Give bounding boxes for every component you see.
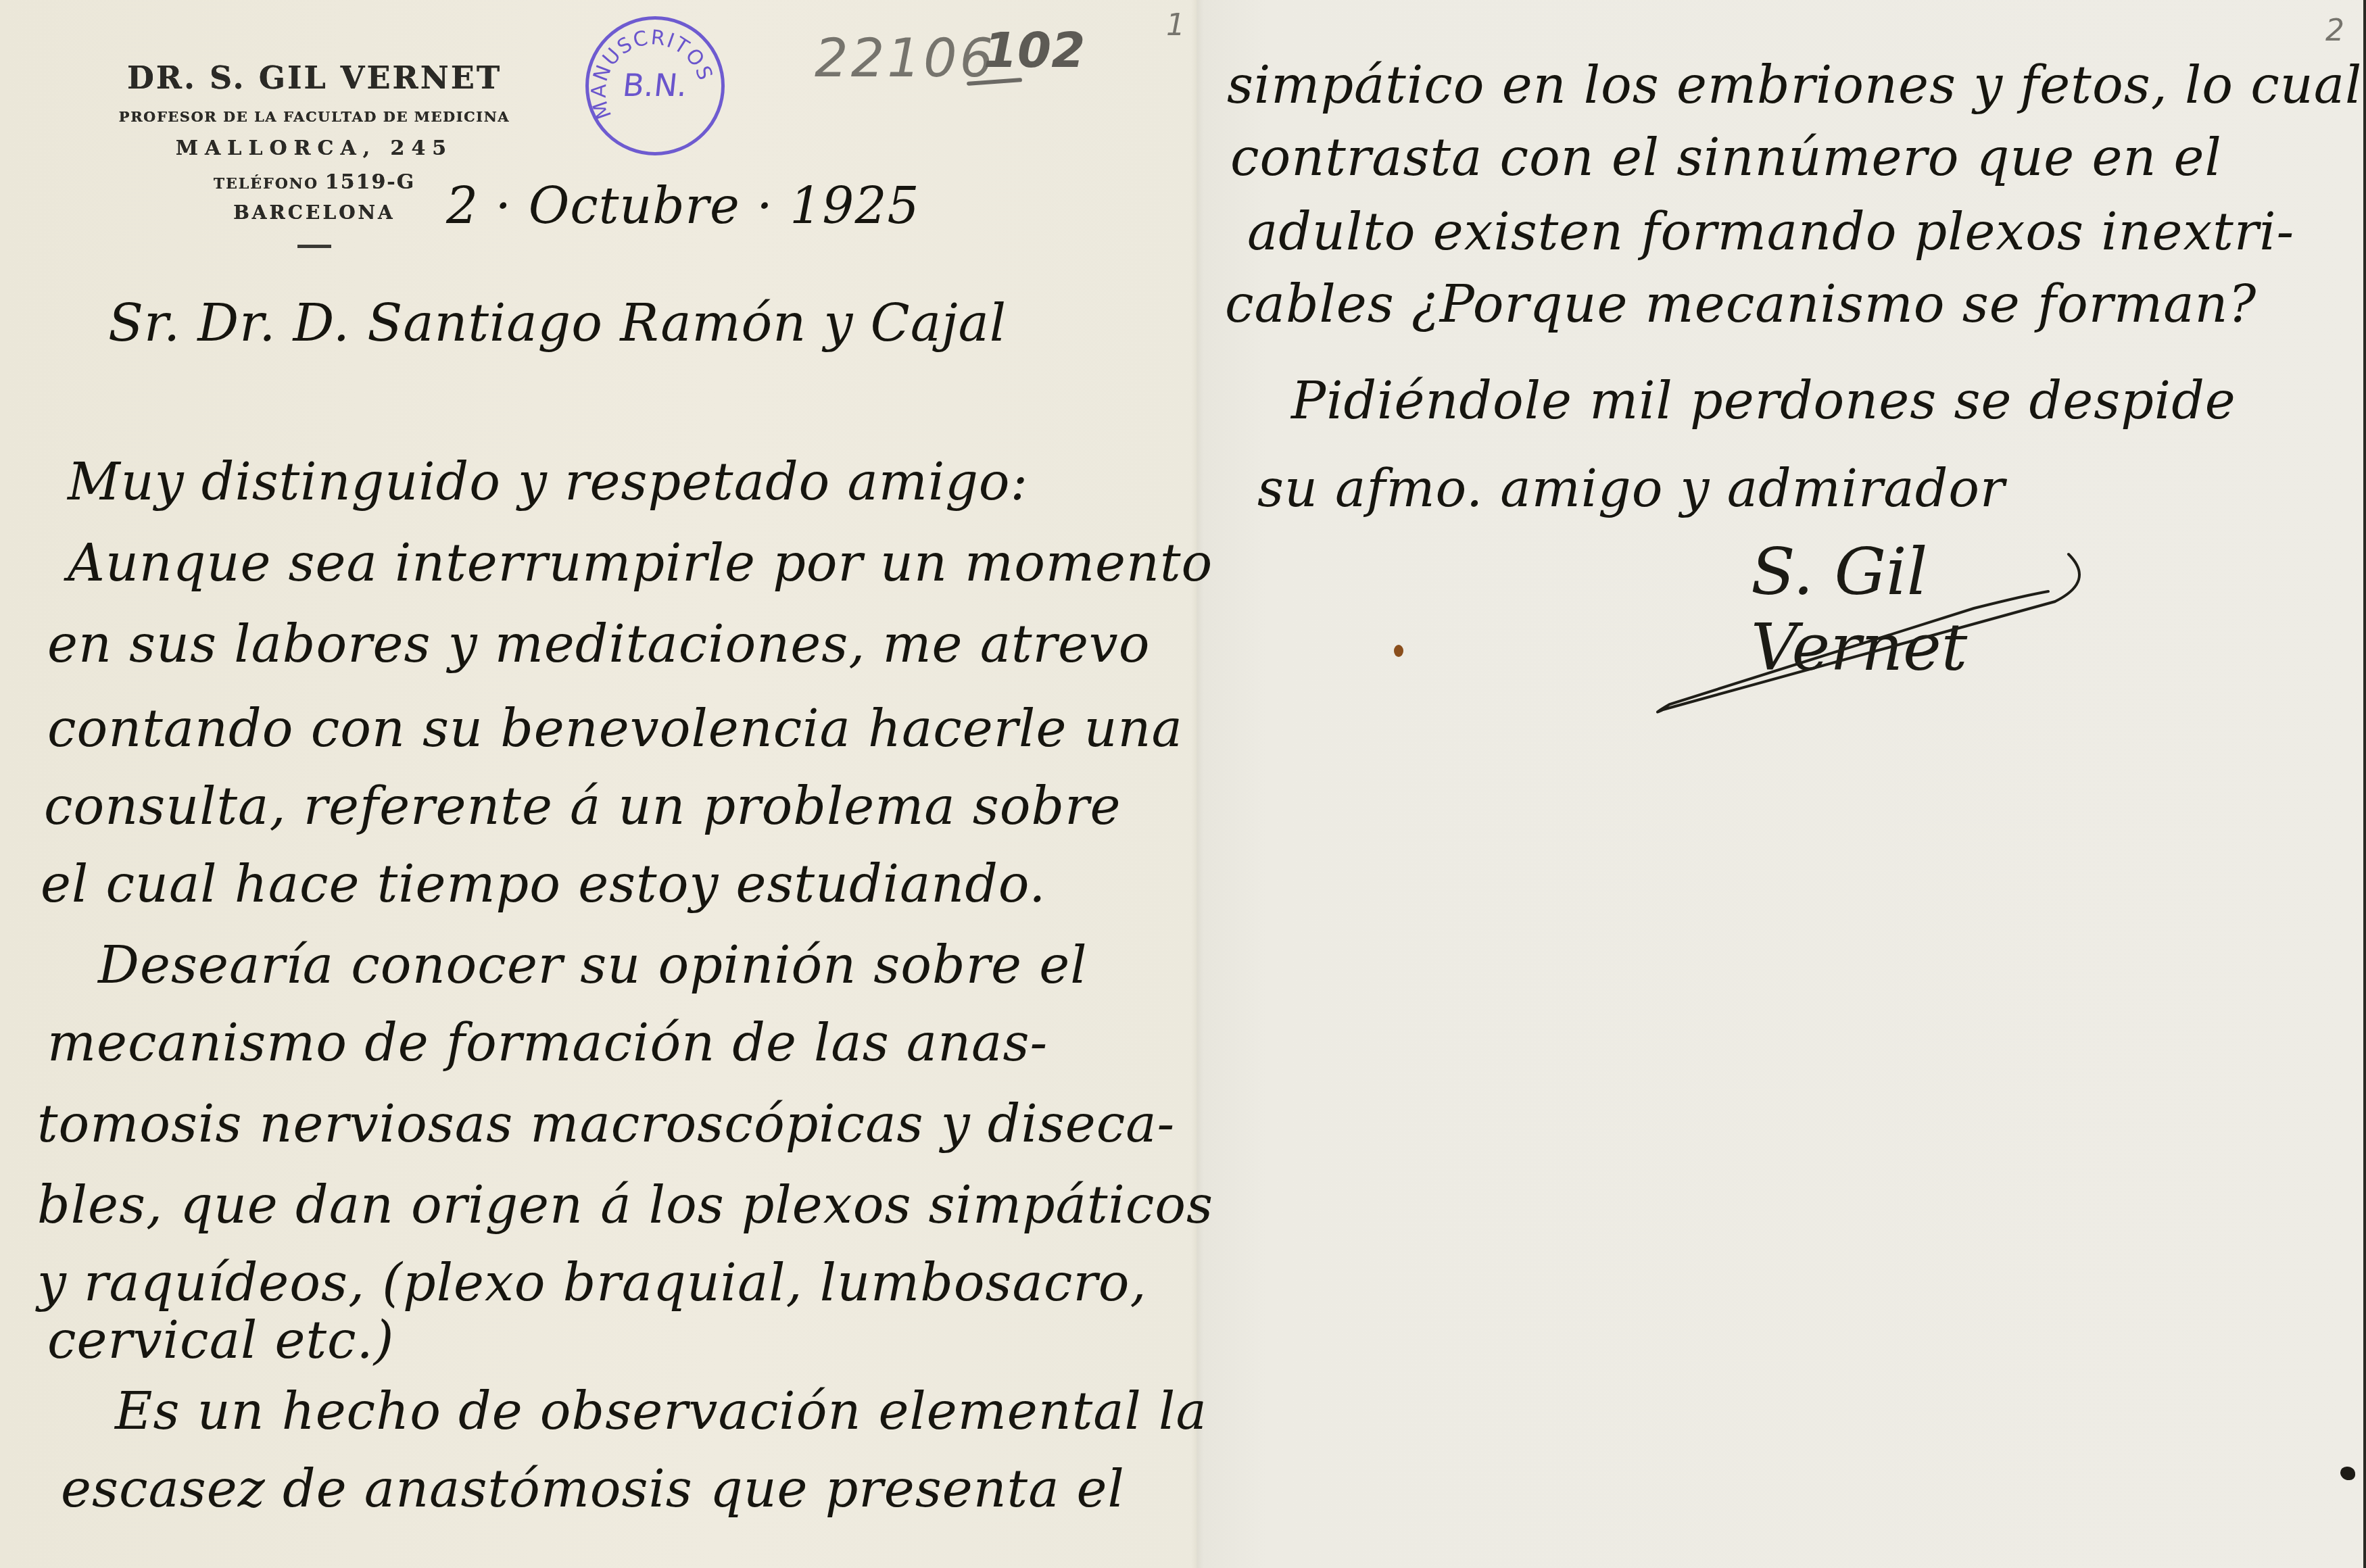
closing-line: su afmo. amigo y admirador (1257, 463, 2005, 514)
body-line: contrasta con el sinnúmero que en el (1230, 132, 2222, 183)
body-line: contando con su benevolencia hacerle una (47, 703, 1183, 754)
archive-superscript: 102 (984, 22, 1085, 78)
signature: S. Gil Vernet (1649, 527, 2109, 730)
archive-number: 22106 (815, 28, 996, 89)
scan-edge (2363, 0, 2366, 1568)
body-line: en sus labores y meditaciones, me atrevo (47, 618, 1151, 670)
letterhead-rule (297, 245, 331, 248)
body-line: el cual hace tiempo estoy estudiando. (41, 858, 1046, 910)
body-line: Desearía conocer su opinión sobre el (98, 939, 1087, 991)
body-line: Es un hecho de observación elemental la (115, 1386, 1207, 1437)
body-line: consulta, referente á un problema sobre (44, 781, 1121, 832)
salutation-line: Muy distinguido y respetado amigo: (68, 456, 1028, 508)
folio-number-right: 2 (2325, 14, 2344, 48)
body-line: cables ¿Porque mecanismo se forman? (1225, 278, 2256, 330)
letterhead-name: DR. S. GIL VERNET (0, 59, 629, 96)
stamp-center-text: B.N. (587, 67, 723, 103)
page-fold (1191, 0, 1203, 1568)
body-line: simpático en los embriones y fetos, lo c… (1227, 59, 2362, 111)
ink-blot (2340, 1467, 2355, 1480)
body-line: escasez de anastómosis que presenta el (61, 1463, 1125, 1515)
body-line: tomosis nerviosas macroscópicas y diseca… (37, 1098, 1175, 1150)
body-line: cervical etc.) (47, 1315, 394, 1366)
body-line: Aunque sea interrumpirle por un momento (68, 537, 1213, 589)
signature-flourish-icon (1649, 527, 2109, 730)
body-line: bles, que dan origen á los plexos simpát… (37, 1179, 1213, 1231)
body-line: y raquídeos, (plexo braquial, lumbosacro… (37, 1257, 1147, 1308)
paper-stain (1394, 645, 1403, 657)
letter-date: 2 · Octubre · 1925 (446, 177, 920, 235)
closing-line: Pidiéndole mil perdones se despide (1291, 375, 2236, 426)
library-stamp: MANUSCRITOS B.N. (585, 16, 725, 155)
body-line: adulto existen formando plexos inextri- (1247, 206, 2294, 258)
body-line: mecanismo de formación de las anas- (47, 1017, 1048, 1069)
recipient-line: Sr. Dr. D. Santiago Ramón y Cajal (108, 297, 1007, 349)
letterhead-address: MALLORCA, 245 (0, 137, 629, 160)
letterhead-title: PROFESOR DE LA FACULTAD DE MEDICINA (0, 108, 629, 125)
folio-number-left: 1 (1166, 8, 1185, 43)
